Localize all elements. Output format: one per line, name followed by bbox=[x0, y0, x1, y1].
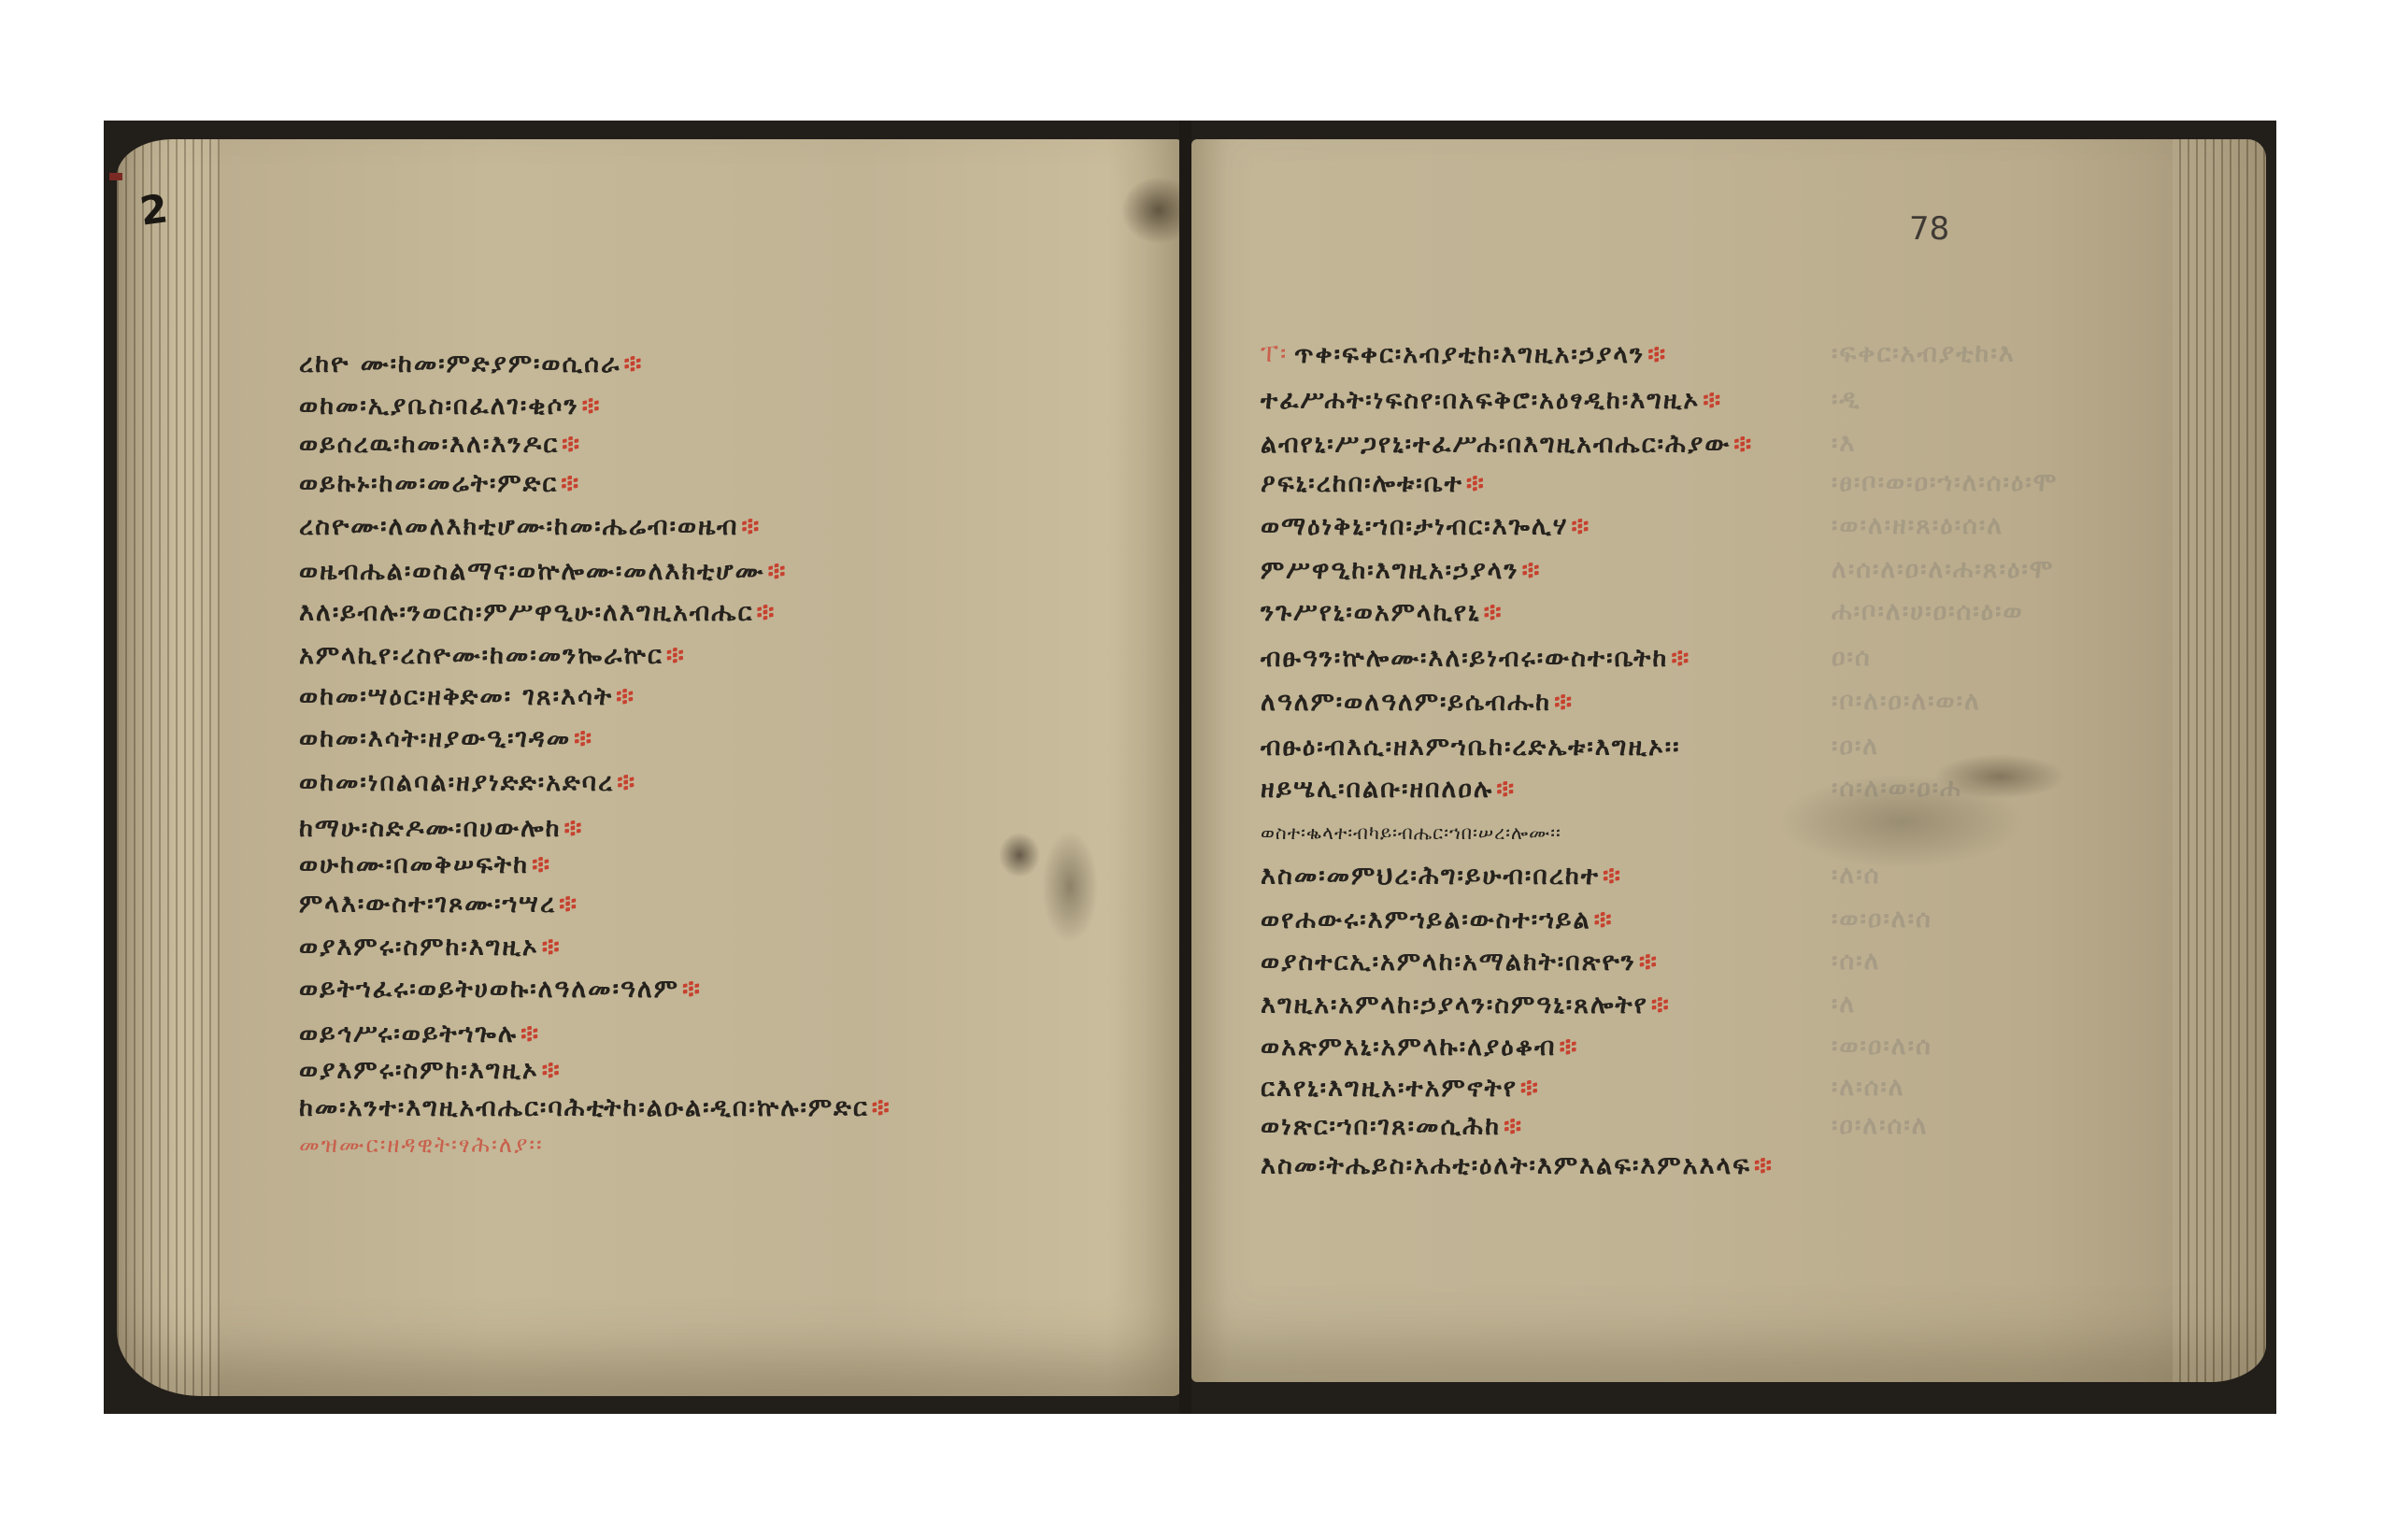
manuscript-line: ምላእ፡ውስተ፡ገጾሙ፡ኀሣረ፨ bbox=[299, 889, 578, 920]
line-text: ብፁዕ፡ብእሲ፡ዘእምኀቤከ፡ረድኤቱ፡እግዚኦ፡፡ bbox=[1261, 733, 1681, 762]
manuscript-line: እስመ፡መምህረ፡ሕግ፡ይሁብ፡በረከተ፨ bbox=[1261, 861, 1622, 892]
line-text: ወይኅሥሩ፡ወይትኀጐሉ bbox=[299, 1020, 518, 1048]
manuscript-line: ወሁከሙ፡በመቅሠፍትከ፨ bbox=[299, 849, 551, 881]
verse-end-mark: ፨ bbox=[1504, 1112, 1523, 1141]
line-text: ወሁከሙ፡በመቅሠፍትከ bbox=[299, 850, 529, 879]
line-text: ልብየኒ፡ሥጋየኒ፡ተፈሥሐ፡በእግዚአብሔር፡ሕያው bbox=[1261, 430, 1731, 459]
manuscript-line: ወይትኀፈሩ፡ወይትሀወኩ፡ለዓለመ፡ዓለም፨ bbox=[299, 974, 702, 1005]
manuscript-line: እስመ፡ትሔይስ፡አሐቲ፡ዕለት፡እምእልፍ፡እምአእላፍ፨ bbox=[1261, 1150, 1774, 1182]
verse-end-mark: ፨ bbox=[562, 430, 581, 459]
verse-end-mark: ፨ bbox=[1559, 1033, 1578, 1062]
verse-end-mark: ፨ bbox=[559, 890, 578, 919]
verse-end-mark: ፨ bbox=[1671, 644, 1690, 673]
line-text: ወከመ፡ሣዕር፡ዘቅድመ፡ ገጸ፡እሳት bbox=[299, 682, 613, 711]
line-text: ወከመ፡ነበልባል፡ዘያነድድ፡አድባረ bbox=[299, 768, 614, 797]
manuscript-line: ረስዮሙ፡ለመለእክቲሆሙ፡ከመ፡ሔሬብ፡ወዜብ፨ bbox=[299, 511, 761, 543]
line-text: ወያእምሩ፡ስምከ፡እግዚኦ bbox=[299, 1056, 539, 1085]
manuscript-line: እለ፡ይብሉ፡ንወርስ፡ምሥዋዒሁ፡ለእግዚአብሔር፨ bbox=[299, 597, 776, 629]
verse-end-mark: ፨ bbox=[1496, 775, 1516, 804]
verse-end-mark: ፨ bbox=[1466, 469, 1486, 498]
verse-end-mark: ፨ bbox=[582, 392, 602, 421]
verse-end-mark: ፨ bbox=[666, 641, 686, 670]
line-text: ጥቀ፡ፍቀር፡አብያቲከ፡እግዚአ፡ኃያላን bbox=[1294, 340, 1645, 369]
show-through-text: ፡ፍቀር፡አብያቲከ፡እ bbox=[1832, 339, 2016, 369]
manuscript-line: ዘይሤሊ፡በልቡ፡ዘበለዐሉ፨ bbox=[1261, 774, 1516, 806]
line-text: እስመ፡ትሔይስ፡አሐቲ፡ዕለት፡እምእልፍ፡እምአእላፍ bbox=[1261, 1151, 1751, 1180]
manuscript-line: ርእየኒ፡እግዚአ፡ተአምኖትየ፨ bbox=[1261, 1073, 1540, 1105]
manuscript-line: ወአጽምአኒ፡አምላኩ፡ለያዕቆብ፨ bbox=[1261, 1032, 1578, 1063]
line-text: ወዜብሔል፡ወስልማና፡ወኵሎሙ፡መለእክቲሆሙ bbox=[299, 557, 765, 586]
manuscript-line: ወስተ፡ቈላተ፡ብካይ፡ብሔር፡ኀበ፡ሠረ፡ሎሙ፡፡ bbox=[1261, 817, 1564, 848]
manuscript-line: ወያስተርኢ፡አምላከ፡አማልክት፡በጽዮን፨ bbox=[1261, 947, 1659, 978]
verse-end-mark: ፨ bbox=[756, 598, 776, 627]
line-text: እግዚአ፡አምላከ፡ኃያላን፡ስምዓኒ፡ጸሎትየ bbox=[1261, 991, 1648, 1020]
verse-end-mark: ፨ bbox=[532, 850, 551, 879]
manuscript-line: ወዜብሔል፡ወስልማና፡ወኵሎሙ፡መለእክቲሆሙ፨ bbox=[299, 556, 787, 588]
verse-end-mark: ፨ bbox=[561, 469, 580, 498]
manuscript-line: ምሥዋዒከ፡እግዚአ፡ኃያላን፨ bbox=[1261, 555, 1541, 587]
verse-end-mark: ፨ bbox=[1571, 512, 1590, 541]
manuscript-line: ወይሰረዉ፡ከመ፡እለ፡እንዶር፨ bbox=[299, 429, 581, 461]
show-through-text: ፡ዲ bbox=[1832, 385, 1861, 415]
show-through-text: ፡ወ፡ለ፡ዘ፡ጸ፡ዕ፡ሰ፡ለ bbox=[1832, 511, 2003, 541]
verse-end-mark: ፨ bbox=[682, 975, 702, 1004]
verse-end-mark: ፨ bbox=[542, 1056, 562, 1085]
show-through-text: ፡ዐ፡ለ bbox=[1832, 732, 1879, 762]
left-page-rubric: መዝሙር፡ዘዳዊት፡ፃሕ፡ለያ፡፡ bbox=[299, 1129, 544, 1161]
verse-end-mark: ፨ bbox=[1603, 862, 1622, 891]
show-through-text: ፡ፀ፡ቦ፡ወ፡ዐ፡ኀ፡ለ፡ሰ፡ዕ፡ሞ bbox=[1832, 468, 2058, 498]
line-text: ርእየኒ፡እግዚአ፡ተአምኖትየ bbox=[1261, 1074, 1518, 1103]
line-text: ወየሐውሩ፡እምኀይል፡ውስተ፡ኀይል bbox=[1261, 905, 1591, 934]
manuscript-line: ብፁዕ፡ብእሲ፡ዘእምኀቤከ፡ረድኤቱ፡እግዚኦ፡፡ bbox=[1261, 732, 1684, 763]
line-text: ምላእ፡ውስተ፡ገጾሙ፡ኀሣረ bbox=[299, 890, 556, 919]
red-corner-mark bbox=[109, 173, 122, 180]
line-text: እስመ፡መምህረ፡ሕግ፡ይሁብ፡በረከተ bbox=[1261, 862, 1600, 891]
book-gutter bbox=[1179, 121, 1191, 1414]
manuscript-line: ወይኅሥሩ፡ወይትኀጐሉ፨ bbox=[299, 1019, 540, 1050]
manuscript-line: ወይኩኑ፡ከመ፡መሬት፡ምድር፨ bbox=[299, 468, 580, 500]
line-text: ረስዮሙ፡ለመለእክቲሆሙ፡ከመ፡ሔሬብ፡ወዜብ bbox=[299, 512, 738, 541]
folio-number: 78 bbox=[1909, 210, 1949, 248]
line-text: ወከመ፡ኢያቤስ፡በፈለገ፡ቂሶን bbox=[299, 392, 579, 421]
manuscript-line: ወየሐውሩ፡እምኀይል፡ውስተ፡ኀይል፨ bbox=[1261, 905, 1614, 936]
manuscript-line: ንጉሥየኒ፡ወአምላኪየኒ፨ bbox=[1261, 597, 1504, 629]
manuscript-line: ልብየኒ፡ሥጋየኒ፡ተፈሥሐ፡በእግዚአብሔር፡ሕያው፨ bbox=[1261, 429, 1753, 461]
verse-end-mark: ፨ bbox=[1484, 598, 1504, 627]
line-text: ከመ፡አንተ፡እግዚአብሔር፡ባሕቲትከ፡ልዑል፡ዲበ፡ኵሉ፡ምድር bbox=[299, 1093, 869, 1122]
manuscript-line: ብፁዓን፡ኵሎሙ፡እለ፡ይነብሩ፡ውስተ፡ቤትከ፨ bbox=[1261, 643, 1690, 675]
line-text: ወከመ፡እሳት፡ዘያውዒ፡ገዳመ bbox=[299, 724, 571, 753]
manuscript-line: ረከዮ ሙ፡ከመ፡ምድያም፡ወሲሰራ፨ bbox=[299, 349, 643, 380]
line-text: ረከዮ ሙ፡ከመ፡ምድያም፡ወሲሰራ bbox=[299, 349, 620, 378]
line-text: አምላኪየ፡ረስዮሙ፡ከመ፡መንኰራኵር bbox=[299, 641, 663, 670]
page-edges-left bbox=[117, 139, 220, 1396]
show-through-text: ዐ፡ሰ bbox=[1832, 643, 1872, 673]
show-through-text: ፡ወ፡ዐ፡ለ፡ሰ bbox=[1832, 905, 1932, 934]
verse-end-mark: ፨ bbox=[1639, 948, 1659, 977]
right-page-initial-rubric: ፐ፡ bbox=[1261, 338, 1288, 370]
manuscript-line: ጥቀ፡ፍቀር፡አብያቲከ፡እግዚአ፡ኃያላን፨ bbox=[1294, 339, 1667, 371]
manuscript-line: ወያእምሩ፡ስምከ፡እግዚኦ፨ bbox=[299, 932, 562, 963]
line-text: ከማሁ፡ስድዶሙ፡በሀውሎከ bbox=[299, 814, 562, 843]
show-through-text: ፡ለ፡ሰ፡ለ bbox=[1832, 1073, 1905, 1103]
show-through-text: ፡እ bbox=[1832, 429, 1856, 459]
line-text: ወማዕነቅኒ፡ኀበ፡ታነብር፡እጐሊሃ bbox=[1261, 512, 1568, 541]
line-text: ወያእምሩ፡ስምከ፡እግዚኦ bbox=[299, 933, 539, 962]
line-text: ለዓለም፡ወለዓለም፡ይሴብሑከ bbox=[1261, 688, 1551, 717]
show-through-text: ፡ወ፡ዐ፡ለ፡ሰ bbox=[1832, 1032, 1932, 1062]
manuscript-line: ወያእምሩ፡ስምከ፡እግዚኦ፨ bbox=[299, 1055, 562, 1087]
verse-end-mark: ፨ bbox=[1521, 556, 1541, 585]
manuscript-line: ወከመ፡እሳት፡ዘያውዒ፡ገዳመ፨ bbox=[299, 723, 593, 755]
show-through-text: ፡ሰ፡ለ፡ወ፡ዐ፡ሐ bbox=[1832, 774, 1962, 804]
verse-end-mark: ፨ bbox=[617, 768, 636, 797]
line-text: ወስተ፡ቈላተ፡ብካይ፡ብሔር፡ኀበ፡ሠረ፡ሎሙ፡፡ bbox=[1261, 821, 1561, 844]
verse-end-mark: ፨ bbox=[1554, 688, 1574, 717]
line-text: ምሥዋዒከ፡እግዚአ፡ኃያላን bbox=[1261, 556, 1518, 585]
verse-end-mark: ፨ bbox=[623, 349, 643, 378]
verse-end-mark: ፨ bbox=[616, 682, 635, 711]
line-text: ወነጽር፡ኀበ፡ገጸ፡መሲሕከ bbox=[1261, 1112, 1501, 1141]
show-through-text: ፡ዐ፡ለ፡ሰ፡ለ bbox=[1832, 1111, 1929, 1141]
show-through-text: ፡ሰ፡ለ bbox=[1832, 947, 1880, 977]
line-text: ተፈሥሐት፡ነፍስየ፡በአፍቅሮ፡አዕፃዲከ፡እግዚኦ bbox=[1261, 386, 1700, 415]
page-edges-right bbox=[2173, 139, 2266, 1382]
verse-end-mark: ፨ bbox=[542, 933, 562, 962]
line-text: ወይኩኑ፡ከመ፡መሬት፡ምድር bbox=[299, 469, 558, 498]
show-through-text: ፡ለ bbox=[1832, 990, 1856, 1020]
show-through-text: ፡ለ፡ሰ bbox=[1832, 861, 1880, 891]
verse-end-mark: ፨ bbox=[1754, 1151, 1774, 1180]
manuscript-line: ወነጽር፡ኀበ፡ገጸ፡መሲሕከ፨ bbox=[1261, 1111, 1523, 1143]
line-text: ወይትኀፈሩ፡ወይትሀወኩ፡ለዓለመ፡ዓለም bbox=[299, 975, 679, 1004]
line-text: ዘይሤሊ፡በልቡ፡ዘበለዐሉ bbox=[1261, 775, 1493, 804]
manuscript-line: ከማሁ፡ስድዶሙ፡በሀውሎከ፨ bbox=[299, 813, 584, 845]
show-through-text: ለ፡ሰ፡ለ፡ዐ፡ለ፡ሐ፡ጸ፡ዕ፡ሞ bbox=[1832, 555, 2054, 585]
line-text: ወአጽምአኒ፡አምላኩ፡ለያዕቆብ bbox=[1261, 1033, 1556, 1062]
line-text: ወያስተርኢ፡አምላከ፡አማልክት፡በጽዮን bbox=[1261, 948, 1636, 977]
manuscript-line: ወከመ፡ሣዕር፡ዘቅድመ፡ ገጸ፡እሳት፨ bbox=[299, 681, 635, 713]
verse-end-mark: ፨ bbox=[1647, 340, 1667, 369]
manuscript-line: ወከመ፡ነበልባል፡ዘያነድድ፡አድባረ፨ bbox=[299, 767, 636, 799]
line-text: ንጉሥየኒ፡ወአምላኪየኒ bbox=[1261, 598, 1481, 627]
verse-end-mark: ፨ bbox=[1520, 1074, 1540, 1103]
show-through-text: ፡ቦ፡ለ፡ዐ፡ለ፡ወ፡ለ bbox=[1832, 687, 1981, 717]
show-through-text: ሐ፡ቦ፡ለ፡ሀ፡ዐ፡ሰ፡ዕ፡ወ bbox=[1832, 597, 2024, 627]
manuscript-line: አምላኪየ፡ረስዮሙ፡ከመ፡መንኰራኵር፨ bbox=[299, 640, 686, 672]
line-text: ብፁዓን፡ኵሎሙ፡እለ፡ይነብሩ፡ውስተ፡ቤትከ bbox=[1261, 644, 1668, 673]
verse-end-mark: ፨ bbox=[768, 557, 788, 586]
manuscript-line: ወከመ፡ኢያቤስ፡በፈለገ፡ቂሶን፨ bbox=[299, 391, 602, 422]
left-page bbox=[117, 139, 1182, 1396]
line-text: ወይሰረዉ፡ከመ፡እለ፡እንዶር bbox=[299, 430, 559, 459]
manuscript-line: ተፈሥሐት፡ነፍስየ፡በአፍቅሮ፡አዕፃዲከ፡እግዚኦ፨ bbox=[1261, 385, 1722, 417]
verse-end-mark: ፨ bbox=[520, 1020, 540, 1048]
manuscript-line: ለዓለም፡ወለዓለም፡ይሴብሑከ፨ bbox=[1261, 687, 1574, 719]
verse-end-mark: ፨ bbox=[872, 1093, 891, 1122]
line-text: ዖፍኒ፡ረከበ፡ሎቱ፡ቤተ bbox=[1261, 469, 1463, 498]
verse-end-mark: ፨ bbox=[574, 724, 593, 753]
manuscript-line: እግዚአ፡አምላከ፡ኃያላን፡ስምዓኒ፡ጸሎትየ፨ bbox=[1261, 990, 1671, 1021]
verse-end-mark: ፨ bbox=[564, 814, 584, 843]
verse-end-mark: ፨ bbox=[1733, 430, 1753, 459]
line-text: እለ፡ይብሉ፡ንወርስ፡ምሥዋዒሁ፡ለእግዚአብሔር bbox=[299, 598, 753, 627]
verse-end-mark: ፨ bbox=[741, 512, 761, 541]
manuscript-line: ዖፍኒ፡ረከበ፡ሎቱ፡ቤተ፨ bbox=[1261, 468, 1486, 500]
manuscript-line: ወማዕነቅኒ፡ኀበ፡ታነብር፡እጐሊሃ፨ bbox=[1261, 511, 1590, 543]
verse-end-mark: ፨ bbox=[1594, 905, 1614, 934]
verse-end-mark: ፨ bbox=[1703, 386, 1722, 415]
verse-end-mark: ፨ bbox=[1651, 991, 1671, 1020]
manuscript-line: ከመ፡አንተ፡እግዚአብሔር፡ባሕቲትከ፡ልዑል፡ዲበ፡ኵሉ፡ምድር፨ bbox=[299, 1092, 891, 1124]
